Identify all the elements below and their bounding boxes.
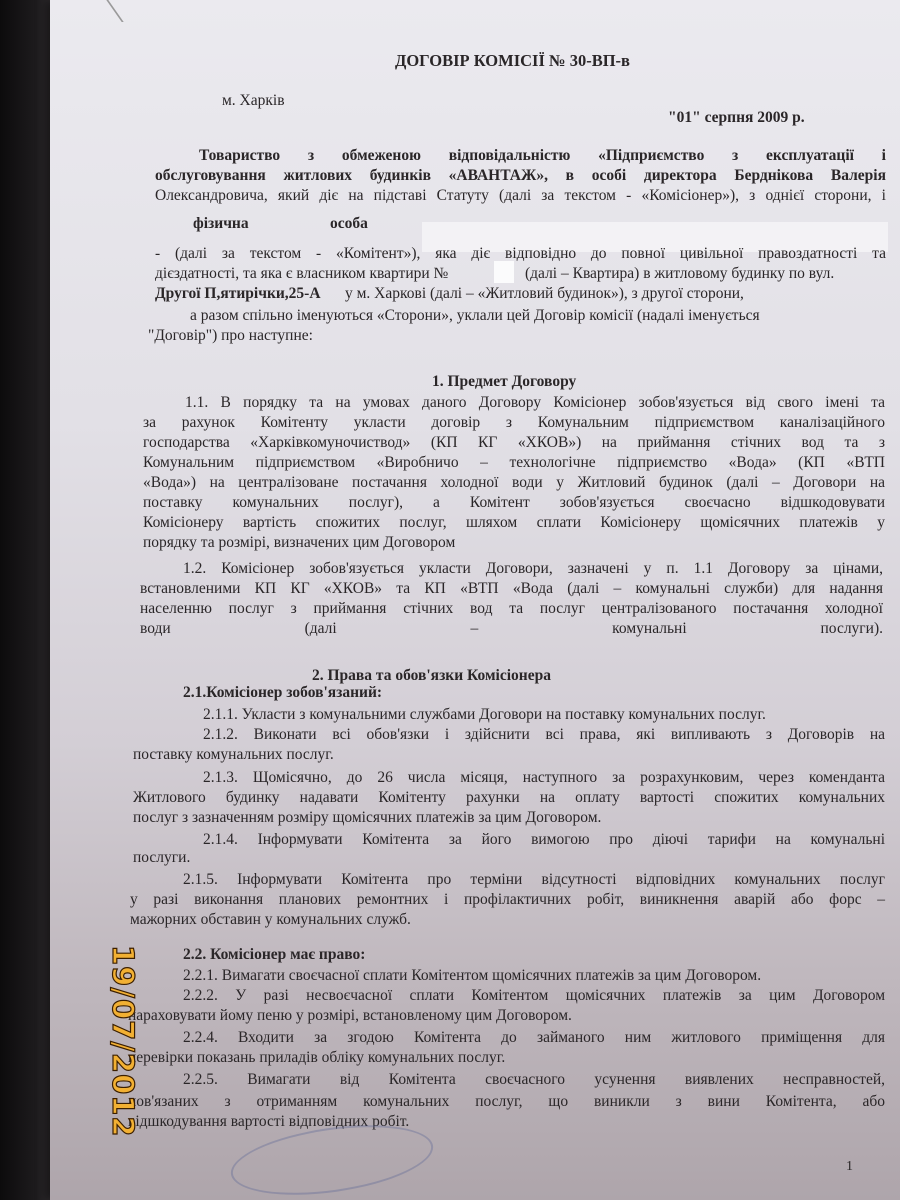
right-line: 2.2.2. У разі несвоєчасної сплати Коміте… [183,986,885,1005]
duty-line: 2.1.2. Виконати всі обов'язки і здійснит… [203,725,885,744]
photo-date-stamp: 19/07/2012 [103,945,143,1125]
section-1-line: встановленими КП КГ «ХКОВ» та КП «ВТП «В… [140,579,883,598]
preamble-line: Олександровича, який діє на підставі Ста… [155,186,886,205]
duty-line: 2.1.3. Щомісячно, до 26 числа місяця, на… [203,768,885,787]
section-1-line: Комісіонеру вартість спожитих послуг, шл… [143,513,885,532]
redacted-apartment-number [494,261,514,283]
company-name: обслуговування житлових будинків «АВАНТА… [155,167,886,184]
preamble-line: дієздатності, та яка є власником квартир… [155,264,448,283]
duty-line: Житлового будинку надавати Комітенту рах… [133,788,885,807]
duty-line: поставку комунальних послуг. [133,745,334,764]
section-1-line: води (далі – комунальні послуги). [140,619,883,638]
section-1-line: 1.2. Комісіонер зобов'язується укласти Д… [183,559,883,578]
party-label: особа [330,214,368,233]
right-line: 2.2.1. Вимагати своєчасної сплати Коміте… [183,966,761,985]
page-number: 1 [846,1157,853,1176]
section-1-heading: 1. Предмет Договору [432,372,576,391]
section-1-line: порядку та розмірі, визначених цим Догов… [143,533,455,552]
duty-line: послуги. [133,848,190,867]
preamble-line: "Договір") про наступне: [148,326,313,345]
document-title: ДОГОВІР КОМІСІЇ № 30-ВП-в [395,51,630,70]
section-1-line: населенню послуг з приймання стічних вод… [140,599,883,618]
section-1-line: господарства «Харківкомуночиствод» (КП К… [143,433,885,452]
preamble-line: у м. Харкові (далі – «Житловий будинок»)… [345,284,744,303]
right-line: нараховувати йому пеню у розмірі, встано… [128,1006,572,1025]
preamble-line: а разом спільно іменуються «Сторони», ук… [190,306,760,325]
right-line: пов'язаних з отриманням комунальних посл… [128,1092,885,1111]
section-1-line: Комунальним підприємством «Виробничо – т… [143,453,885,472]
contract-date: "01" серпня 2009 р. [668,108,805,127]
duty-line: 2.1.4. Інформувати Комітента за його вим… [203,830,885,849]
section-2-2-heading: 2.2. Комісіонер має право: [183,945,365,964]
city: м. Харків [222,91,285,110]
party-label: фізична [193,214,249,233]
section-1-line: поставку комунальних послуг), а Комітент… [143,493,885,512]
preamble-line: Товариство з обмеженою відповідальністю … [199,146,886,165]
duty-line: послуг з зазначенням розміру щомісячних … [133,808,601,827]
section-2-1-heading: 2.1.Комісіонер зобов'язаний: [183,683,382,702]
preamble-line: обслуговування житлових будинків «АВАНТА… [155,166,886,185]
right-line: перевірки показань приладів обліку комун… [128,1048,505,1067]
duty-line: мажорних обставин у комунальних служб. [130,910,411,929]
duty-line: у разі виконання планових ремонтних і пр… [130,890,885,909]
duty-line: 2.1.5. Інформувати Комітента про терміни… [183,870,885,889]
right-line: 2.2.4. Входити за згодою Комітента до за… [183,1028,885,1047]
section-1-line: за рахунок Комітенту укласти договір з К… [143,413,885,432]
section-1-line: 1.1. В порядку та на умовах даного Догов… [185,393,885,412]
address: Другої П,ятирічки,25-А [155,284,321,303]
preamble-line: (далі – Квартира) в житловому будинку по… [525,264,834,283]
right-line: 2.2.5. Вимагати від Комітента своєчасног… [183,1070,885,1089]
duty-line: 2.1.1. Укласти з комунальними службами Д… [203,705,766,724]
section-1-line: «Вода») на централізоване постачання хол… [143,473,885,492]
preamble-line: - (далі за текстом - «Комітент»), яка ді… [155,244,886,263]
